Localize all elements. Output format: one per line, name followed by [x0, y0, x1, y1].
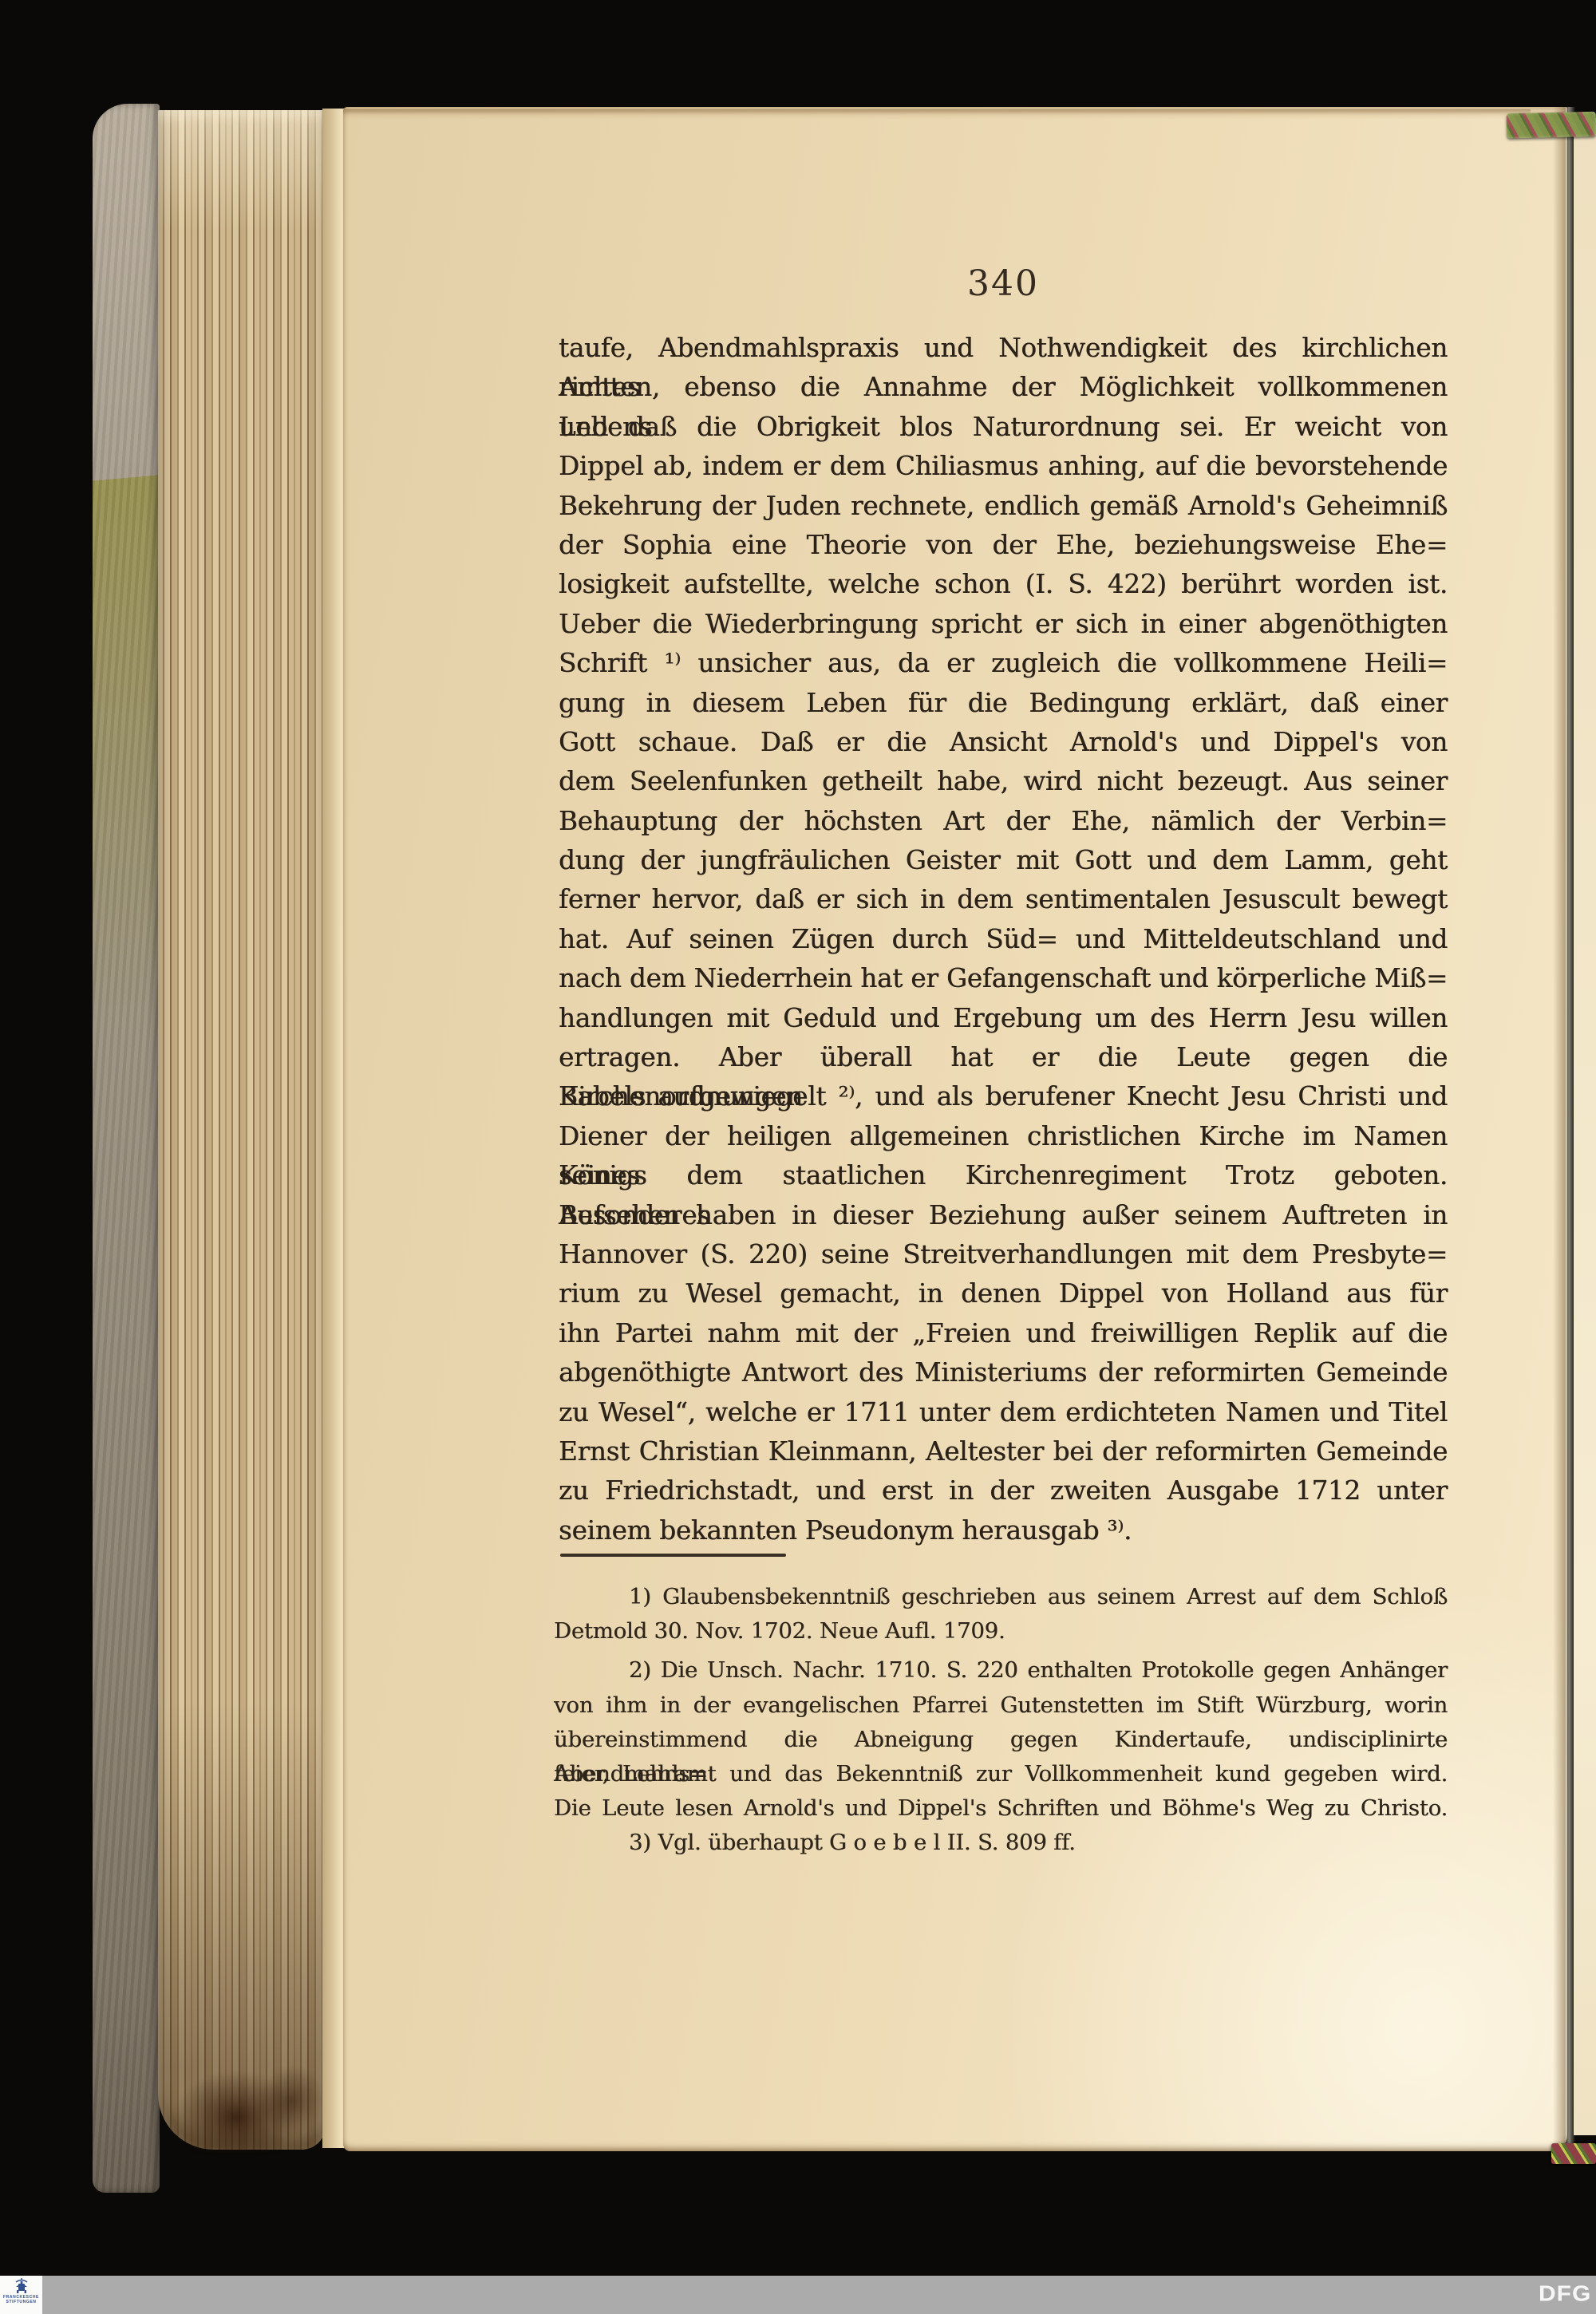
book-page-stack-edge — [158, 110, 326, 2150]
body-line: und daß die Obrigkeit blos Naturordnung … — [559, 408, 1448, 447]
body-line: richten, ebenso die Annahme der Möglichk… — [559, 368, 1448, 407]
body-line: Diener der heiligen allgemeinen christli… — [559, 1117, 1448, 1156]
body-line: Bekehrung der Juden rechnete, endlich ge… — [559, 487, 1448, 526]
footnote-separator-rule — [560, 1554, 786, 1557]
body-line: Hannover (S. 220) seine Streitverhandlun… — [559, 1235, 1448, 1274]
footnote-line: 2) Die Unsch. Nachr. 1710. S. 220 enthal… — [554, 1653, 1448, 1688]
endband-top — [1507, 112, 1596, 138]
footnote-line: feier, Lehramt und das Bekenntniß zur Vo… — [554, 1757, 1448, 1791]
footnote-line: Die Leute lesen Arnold's und Dippel's Sc… — [554, 1791, 1448, 1826]
body-line: zu Friedrichstadt, und erst in der zweit… — [559, 1471, 1448, 1510]
body-line: Gott schaue. Daß er die Ansicht Arnold's… — [559, 723, 1448, 762]
body-line: hat. Auf seinen Zügen durch Süd= und Mit… — [559, 920, 1448, 959]
franckesche-logo-box: FRANCKESCHE STIFTUNGEN — [0, 2276, 42, 2314]
footer-bar — [42, 2276, 1596, 2314]
body-line: Schrift ¹⁾ unsicher aus, da er zugleich … — [559, 644, 1448, 683]
body-line: taufe, Abendmahlspraxis und Nothwendigke… — [559, 329, 1448, 368]
page-curl-highlight — [322, 109, 345, 2148]
scanned-book-page: 340 taufe, Abendmahlspraxis und Nothwend… — [0, 0, 1596, 2314]
gutter-crease — [1553, 107, 1575, 2151]
body-line: handlungen mit Geduld und Ergebung um de… — [559, 999, 1448, 1038]
body-line: ihn Partei nahm mit der „Freien und frei… — [559, 1314, 1448, 1353]
body-line: seinem bekannten Pseudonym herausgab ³⁾. — [559, 1511, 1448, 1550]
body-text: taufe, Abendmahlspraxis und Nothwendigke… — [559, 329, 1448, 1550]
body-line: Aufsehen haben in dieser Beziehung außer… — [559, 1196, 1448, 1235]
page-number: 340 — [559, 263, 1448, 304]
franckesche-wordmark-line2: STIFTUNGEN — [6, 2300, 37, 2304]
body-line: Behauptung der höchsten Art der Ehe, näm… — [559, 802, 1448, 841]
body-line: Königs dem staatlichen Kirchenregiment T… — [559, 1156, 1448, 1195]
body-line: der Sophia eine Theorie von der Ehe, bez… — [559, 526, 1448, 565]
body-line: Babels aufgewiegelt ²⁾, und als berufene… — [559, 1077, 1448, 1116]
body-line: losigkeit aufstellte, welche schon (I. S… — [559, 565, 1448, 604]
endband-bottom — [1551, 2143, 1596, 2164]
body-line: ferner hervor, daß er sich in dem sentim… — [559, 880, 1448, 919]
body-line: rium zu Wesel gemacht, in denen Dippel v… — [559, 1274, 1448, 1313]
footnotes: 1) Glaubensbekenntniß geschrieben aus se… — [554, 1580, 1448, 1861]
footnote-line: übereinstimmend die Abneigung gegen Kind… — [554, 1723, 1448, 1757]
footnote-line: von ihm in der evangelischen Pfarrei Gut… — [554, 1688, 1448, 1723]
body-line: gung in diesem Leben für die Bedingung e… — [559, 684, 1448, 723]
facing-page-strip — [1574, 118, 1596, 2135]
book-cover-edge — [93, 104, 160, 2193]
body-line: dem Seelenfunken getheilt habe, wird nic… — [559, 762, 1448, 801]
page-stack-shadow — [172, 2040, 332, 2151]
body-line: dung der jungfräulichen Geister mit Gott… — [559, 841, 1448, 880]
body-line: Dippel ab, indem er dem Chiliasmus anhin… — [559, 447, 1448, 486]
dfg-wordmark: DFG — [1539, 2281, 1591, 2306]
body-line: abgenöthigte Antwort des Ministeriums de… — [559, 1353, 1448, 1392]
body-line: zu Wesel“, welche er 1711 unter dem erdi… — [559, 1393, 1448, 1432]
body-line: nach dem Niederrhein hat er Gefangenscha… — [559, 959, 1448, 998]
body-line: Ernst Christian Kleinmann, Aeltester bei… — [559, 1432, 1448, 1471]
footnote-line: 1) Glaubensbekenntniß geschrieben aus se… — [554, 1580, 1448, 1614]
body-line: ertragen. Aber überall hat er die Leute … — [559, 1038, 1448, 1077]
franckesche-emblem-icon — [14, 2277, 30, 2295]
footnote-line: Detmold 30. Nov. 1702. Neue Aufl. 1709. — [554, 1614, 1448, 1649]
footnote-line: 3) Vgl. überhaupt G o e b e l II. S. 809… — [554, 1826, 1448, 1860]
body-line: Ueber die Wiederbringung spricht er sich… — [559, 605, 1448, 644]
